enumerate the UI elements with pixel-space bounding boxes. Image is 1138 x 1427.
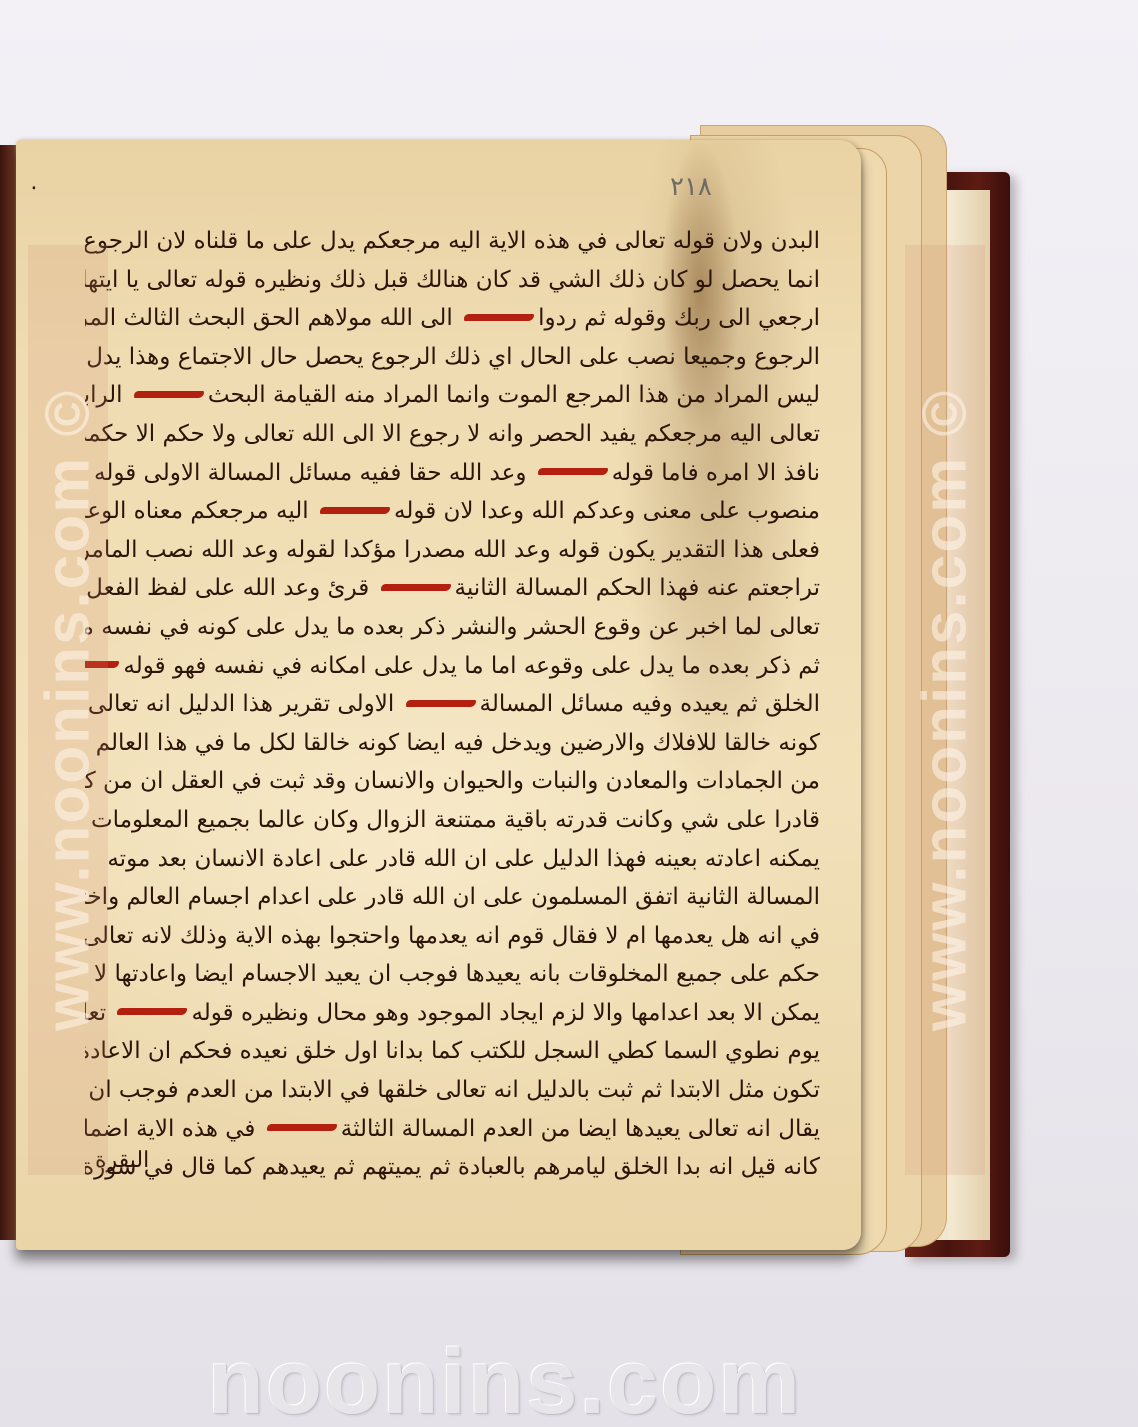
text-line: من الجمادات والمعادن والنبات والحيوان وا… (85, 762, 820, 801)
rubric-mark (117, 1008, 187, 1015)
margin-mark: ٠ (28, 175, 40, 200)
folio-number: ٢١٨ (670, 172, 712, 202)
watermark-bottom: noonins.com (195, 1330, 815, 1427)
manuscript-photo: ٢١٨ ٠ البدن ولان قوله تعالى في هذه الاية… (0, 0, 1138, 1427)
text-line: في انه هل يعدمها ام لا فقال قوم انه يعدم… (85, 917, 820, 956)
rubric-mark (406, 700, 476, 707)
text-line: يوم نطوي السما كطي السجل للكتب كما بدانا… (85, 1032, 820, 1071)
text-line: يمكن الا بعد اعدامها والا لزم ايجاد المو… (85, 994, 820, 1033)
text-line: فعلى هذا التقدير يكون قوله وعد الله مصدر… (85, 531, 820, 570)
rubric-mark (267, 1124, 337, 1131)
watermark-right-text: www.noonins.com © (910, 389, 981, 1031)
watermark-left: www.noonins.com © (28, 245, 108, 1175)
text-line: قادرا على شي وكانت قدرته باقية ممتنعة ال… (85, 801, 820, 840)
text-line: المسالة الثانية اتفق المسلمون على ان الل… (85, 878, 820, 917)
text-line: ثم ذكر بعده ما يدل على وقوعه اما ما يدل … (85, 647, 820, 686)
text-line: تراجعتم عنه فهذا الحكم المسالة الثانية ق… (85, 569, 820, 608)
text-line: انما يحصل لو كان ذلك الشي قد كان هنالك ق… (85, 261, 820, 300)
watermark-left-text: www.noonins.com © (33, 389, 104, 1031)
text-line: منصوب على معنى وعدكم الله وعدا لان قوله … (85, 492, 820, 531)
text-line: تعالى لما اخبر عن وقوع الحشر والنشر ذكر … (85, 608, 820, 647)
text-line: يقال انه تعالى يعيدها ايضا من العدم المس… (85, 1110, 820, 1149)
watermark-right: www.noonins.com © (905, 245, 985, 1175)
text-line: نافذ الا امره فاما قوله وعد الله حقا ففي… (85, 454, 820, 493)
rubric-mark (320, 507, 390, 514)
text-line: الخلق ثم يعيده وفيه مسائل المسالة الاولى… (85, 685, 820, 724)
text-line: كانه قيل انه بدا الخلق ليامرهم بالعبادة … (85, 1148, 820, 1187)
rubric-mark (538, 468, 608, 475)
text-line: تعالى اليه مرجعكم يفيد الحصر وانه لا رجو… (85, 415, 820, 454)
text-line: ليس المراد من هذا المرجع الموت وانما الم… (85, 376, 820, 415)
manuscript-text-block: البدن ولان قوله تعالى في هذه الاية اليه … (85, 222, 820, 1187)
text-line: البدن ولان قوله تعالى في هذه الاية اليه … (85, 222, 820, 261)
rubric-mark (381, 584, 451, 591)
text-line: يمكنه اعادته بعينه فهذا الدليل على ان ال… (85, 840, 820, 879)
rubric-mark (464, 314, 534, 321)
text-line: ارجعي الى ربك وقوله ثم ردوا الى الله مول… (85, 299, 820, 338)
text-line: تكون مثل الابتدا ثم ثبت بالدليل انه تعال… (85, 1071, 820, 1110)
text-line: حكم على جميع المخلوقات بانه يعيدها فوجب … (85, 955, 820, 994)
rubric-mark (134, 391, 204, 398)
text-line: الرجوع وجميعا نصب على الحال اي ذلك الرجو… (85, 338, 820, 377)
text-line: كونه خالقا للافلاك والارضين ويدخل فيه اي… (85, 724, 820, 763)
